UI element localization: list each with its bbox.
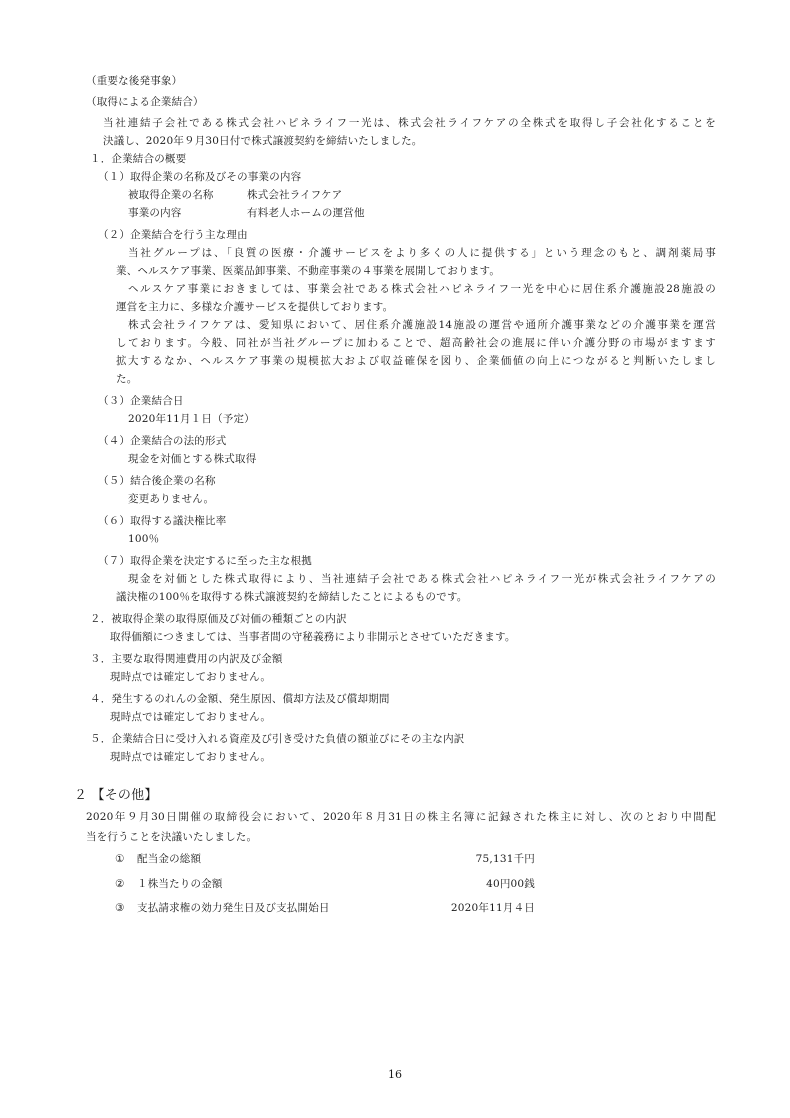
item7-line1: 現金を対価とした株式取得により、当社連結子会社である株式会社ハピネライフ一光が株… bbox=[128, 572, 716, 586]
item2-para3-line1: 株式会社ライフケアは、愛知県において、居住系介護施設14施設の運営や通所介護事業… bbox=[128, 318, 716, 332]
item5-body: 変更ありません。 bbox=[128, 492, 214, 506]
section4-body: 現時点では確定しておりません。 bbox=[110, 710, 271, 724]
notes-intro-line-2: 決議し、2020年９月30日付で株式譲渡契約を締結いたしました。 bbox=[103, 134, 422, 148]
notes-intro-line-1: 当社連結子会社である株式会社ハピネライフ一光は、株式会社ライフケアの全株式を取得… bbox=[103, 116, 716, 130]
dividend-item-3-num: ③ bbox=[115, 901, 125, 915]
dividend-item-3-value: 2020年11月４日 bbox=[380, 901, 535, 915]
dividend-item-1-value: 75,131千円 bbox=[380, 852, 535, 866]
dividend-item-2-num: ② bbox=[115, 877, 125, 891]
item2-para1-line2: 業、ヘルスケア事業、医薬品卸事業、不動産事業の４事業を展開しております。 bbox=[116, 264, 500, 278]
section2-title: ２．被取得企業の取得原価及び対価の種類ごとの内訳 bbox=[90, 612, 347, 626]
item7-line2: 議決権の100％を取得する株式譲渡契約を締結したことによるものです。 bbox=[116, 590, 468, 604]
item1-row1-value: 株式会社ライフケア bbox=[247, 188, 342, 202]
item2-para3-line2: しております。今般、同社が当社グループに加わることで、超高齢社会の進展に伴い介護… bbox=[116, 336, 716, 350]
dividend-item-2-label: １株当たりの金額 bbox=[137, 877, 223, 891]
item6-body: 100％ bbox=[128, 532, 159, 546]
item3-title: （３）企業結合日 bbox=[98, 394, 184, 408]
item2-para3-line4: た。 bbox=[116, 372, 137, 386]
item6-title: （６）取得する議決権比率 bbox=[98, 514, 226, 528]
section3-body: 現時点では確定しておりません。 bbox=[110, 670, 271, 684]
item2-para2-line2: 運営を主力に、多様な介護サービスを提供しております。 bbox=[116, 300, 393, 314]
section4-title: ４．発生するのれんの金額、発生原因、償却方法及び償却期間 bbox=[90, 692, 390, 706]
item4-title: （４）企業結合の法的形式 bbox=[98, 434, 226, 448]
item2-title: （２）企業結合を行う主な理由 bbox=[98, 228, 248, 242]
item1-row2-value: 有料老人ホームの運営他 bbox=[247, 206, 365, 220]
item7-title: （７）取得企業を決定するに至った主な根拠 bbox=[98, 554, 312, 568]
item4-body: 現金を対価とする株式取得 bbox=[128, 452, 256, 466]
section5-body: 現時点では確定しておりません。 bbox=[110, 750, 271, 764]
section1-title: １．企業結合の概要 bbox=[90, 152, 186, 166]
item3-body: 2020年11月１日（予定） bbox=[128, 412, 255, 426]
document-page: （重要な後発事象） （取得による企業結合） 当社連結子会社である株式会社ハピネラ… bbox=[0, 0, 790, 1118]
section5-title: ５．企業結合日に受け入れる資産及び引き受けた負債の額並びにその主な内訳 bbox=[90, 732, 465, 746]
other-heading: ２ 【その他】 bbox=[74, 788, 158, 804]
dividend-item-1-num: ① bbox=[115, 852, 125, 866]
section3-title: ３．主要な取得関連費用の内訳及び金額 bbox=[90, 652, 283, 666]
item2-para3-line3: 拡大するなか、ヘルスケア事業の規模拡大および収益確保を図り、企業価値の向上につな… bbox=[116, 354, 716, 368]
item5-title: （５）結合後企業の名称 bbox=[98, 474, 216, 488]
item1-title: （１）取得企業の名称及びその事業の内容 bbox=[98, 170, 301, 184]
dividend-item-1-label: 配当金の総額 bbox=[137, 852, 201, 866]
dividend-item-2-value: 40円00銭 bbox=[380, 877, 535, 891]
item1-row2-label: 事業の内容 bbox=[128, 206, 182, 220]
notes-subheading: （取得による企業結合） bbox=[86, 95, 204, 109]
section2-body: 取得価額につきましては、当事者間の守秘義務により非開示とさせていただきます。 bbox=[110, 630, 516, 644]
page-number: 16 bbox=[0, 1068, 790, 1081]
other-intro-line-1: 2020年９月30日開催の取締役会において、2020年８月31日の株主名簿に記録… bbox=[86, 810, 716, 824]
item1-row1-label: 被取得企業の名称 bbox=[128, 188, 214, 202]
notes-heading: （重要な後発事象） bbox=[86, 74, 182, 88]
item2-para1-line1: 当社グループは、「良質の医療・介護サービスをより多くの人に提供する」という理念の… bbox=[128, 246, 716, 260]
other-intro-line-2: 当を行うことを決議いたしました。 bbox=[86, 830, 257, 844]
item2-para2-line1: ヘルスケア事業におきましては、事業会社である株式会社ハピネライフ一光を中心に居住… bbox=[128, 282, 716, 296]
dividend-item-3-label: 支払請求権の効力発生日及び支払開始日 bbox=[137, 901, 330, 915]
